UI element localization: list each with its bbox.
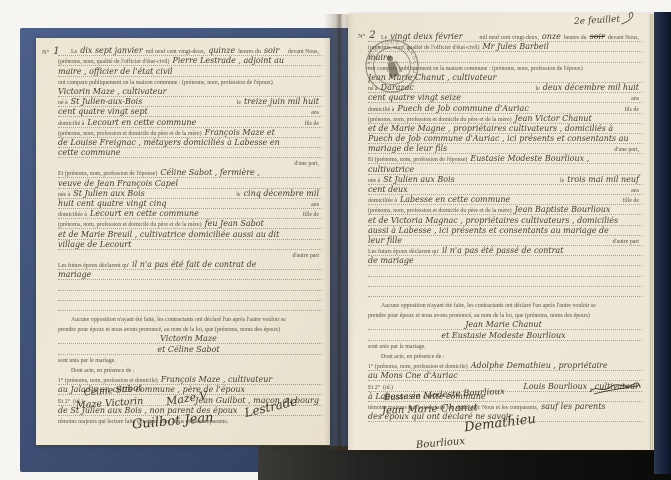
- printed-text: témoins majeurs qui lecture faite ont si…: [58, 419, 228, 425]
- printed-text: devant Nous,: [288, 49, 319, 55]
- handwritten-text: il n'a pas été passé de contrat: [442, 246, 563, 255]
- form-line: née àSt Julien aux Boislecinq décembre m…: [58, 189, 322, 199]
- form-line: ont comparu publiquement en la maison co…: [58, 77, 322, 87]
- form-line: Les futurs époux déclarent qu'il n'a pas…: [368, 246, 642, 256]
- printed-text: ont comparu publiquement en la maison co…: [58, 80, 273, 86]
- form-line: des époux qui ont déclaré ne savoir: [368, 412, 642, 422]
- printed-text: domicilié à: [58, 121, 84, 127]
- form-line: sont unis par le mariage.: [368, 341, 642, 351]
- form-line: [368, 277, 642, 287]
- form-line: [58, 280, 322, 290]
- form-line: et Eustasie Modeste Bourlioux: [368, 330, 642, 340]
- printed-text: le: [535, 86, 539, 92]
- printed-text: ans: [311, 110, 319, 116]
- form-line: de mariage: [368, 256, 642, 266]
- form-line: née àSt Julien aux Boisletrois mai mil n…: [368, 175, 642, 185]
- printed-text: né à: [58, 100, 68, 106]
- form-line: Dont acte, en présence de :: [368, 351, 642, 361]
- handwritten-text: Puech de Job commune d'Auriac , ici prés…: [368, 134, 629, 143]
- folio-note: 2e feuillet: [574, 11, 637, 28]
- printed-text: prendre pour époux et nous avons prononc…: [58, 327, 280, 333]
- handwritten-text: Eustasie Modeste Bourlioux ,: [470, 154, 589, 163]
- handwritten-text: Darazac: [381, 83, 414, 92]
- printed-text: fils de: [624, 107, 639, 113]
- handwritten-text: de St Julien aux Bois , non parent des é…: [58, 406, 237, 415]
- handwritten-text: au Jaladis en cette commune , père de l'…: [58, 385, 245, 394]
- form-line: maire , officier de l'état civil: [58, 66, 322, 76]
- handwritten-text: cent quatre vingt sept: [58, 107, 148, 116]
- form-line: Et 2°(id.)Jean Guilbot , maçon au bourg: [58, 395, 322, 405]
- form-line: et de Marie Magne , propriétaires cultiv…: [368, 124, 642, 134]
- form-line: 1° (prénoms, nom, profession et domicile…: [368, 361, 642, 371]
- handwritten-text: Jean Guilbot , maçon au bourg: [195, 396, 319, 405]
- handwritten-text: de Louise Freignac , métayers domiciliés…: [58, 138, 280, 147]
- printed-text: heures du: [238, 49, 261, 55]
- printed-text: (prénoms, nom, qualité de l'officier d'é…: [58, 59, 169, 65]
- form-line: témoins majeurs qui lecture faite ont si…: [58, 416, 322, 426]
- printed-text: (prénoms, nom, profession et domicile du…: [368, 117, 512, 123]
- handwritten-text: onze: [542, 32, 561, 41]
- form-line: Victorin Maze: [58, 334, 322, 344]
- form-line: Aucune opposition n'ayant été faite, les…: [58, 314, 322, 324]
- printed-text: d'une part,: [294, 161, 319, 167]
- handwritten-text: quinze: [208, 46, 235, 55]
- form-line: maire: [368, 52, 642, 62]
- printed-text: Le: [71, 49, 77, 55]
- handwritten-text: St Julien-aux-Bois: [71, 97, 143, 106]
- form-line: [58, 301, 322, 311]
- form-line: Et (prénoms, nom, profession de l'épouse…: [368, 154, 642, 164]
- printed-text: (prénoms, nom, profession et domicile du…: [58, 222, 202, 228]
- printed-text: Et (prénoms, nom, profession de l'épouse…: [368, 157, 467, 163]
- form-line: huit cent quatre vingt cinqans: [58, 199, 322, 209]
- handwritten-text: François Maze et: [205, 128, 275, 137]
- handwritten-text: François Maze , cultivateur: [161, 375, 273, 384]
- handwritten-text: au Mons Cne d'Auriac: [368, 371, 458, 380]
- printed-text: mil neuf cent vingt-deux,: [146, 49, 206, 55]
- act-number-label: N°: [358, 33, 365, 40]
- handwritten-text: leur fille: [368, 236, 402, 245]
- printed-text: fille de: [622, 198, 639, 204]
- handwritten-text: Victorin Maze , cultivateur: [58, 87, 167, 96]
- form-line: aussi à Labesse , ici présents et consen…: [368, 226, 642, 236]
- form-line: (prénoms, nom, profession et domicile du…: [368, 205, 642, 215]
- form-line: cent deuxans: [368, 185, 642, 195]
- handwritten-text: vingt deux février: [390, 32, 462, 41]
- handwritten-text: Jean Marie Chanut , cultivateur: [368, 73, 496, 82]
- printed-text: né à: [368, 86, 378, 92]
- printed-text: sont unis par le mariage.: [58, 358, 116, 364]
- printed-text: Le: [381, 35, 387, 41]
- form-line: Dont acte, en présence de :: [58, 365, 322, 375]
- printed-text: témoins majeurs qui lecture faite ont si…: [368, 405, 538, 411]
- handwritten-text: village de Lecourt: [58, 240, 131, 249]
- form-line: (prénoms, nom, profession et domicile du…: [58, 219, 322, 229]
- handwritten-text: et de Victoria Magnac , propriétaires cu…: [368, 216, 618, 225]
- form-line: ont comparu publiquement en la maison co…: [368, 63, 642, 73]
- form-line: (prénoms, nom, qualité de l'officier d'é…: [58, 56, 322, 66]
- handwritten-text: cent quatre vingt seize: [368, 93, 461, 102]
- printed-text: (prénoms, nom, qualité de l'officier d'é…: [368, 45, 479, 51]
- handwritten-text: Pierre Lestrade , adjoint au: [172, 56, 284, 65]
- form-line: veuve de Jean François Capel: [58, 178, 322, 188]
- printed-text: le: [236, 192, 240, 198]
- printed-text: Dont acte, en présence de :: [381, 354, 444, 360]
- form-line: né àDarazacledeux décembre mil huit: [368, 83, 642, 93]
- handwritten-text: des époux qui ont déclaré ne savoir: [368, 412, 512, 421]
- scan-bottom-dark-strip: [258, 446, 671, 480]
- form-line: [58, 291, 322, 301]
- printed-text: 1° (prénoms, nom, profession et domicile…: [58, 378, 158, 384]
- form-line: Jean Marie Chanut , cultivateur: [368, 73, 642, 83]
- form-line: Victorin Maze , cultivateur: [58, 87, 322, 97]
- printed-text: Et 2°: [58, 399, 70, 405]
- printed-text: domicilié à: [368, 107, 394, 113]
- form-line: (prénoms, nom, profession et domicile du…: [58, 128, 322, 138]
- handwritten-text: feu Jean Sabot: [205, 219, 264, 228]
- form-line: sont unis par le mariage.: [58, 355, 322, 365]
- acte-form-left: Ledix sept janviermil neuf cent vingt-de…: [58, 46, 322, 426]
- printed-text: Les futurs époux déclarent qu': [368, 249, 439, 255]
- form-line: prendre pour époux et nous avons prononc…: [368, 310, 642, 320]
- form-line: Puech de Job commune d'Auriac , ici prés…: [368, 134, 642, 144]
- signature: Bourlioux: [416, 436, 466, 451]
- printed-text: (prénoms, nom, profession et domicile du…: [58, 131, 202, 137]
- form-line: (prénoms, nom, profession et domicile du…: [368, 114, 642, 124]
- form-line: mariage de leur filsd'une part,: [368, 144, 642, 154]
- paraph-signature: [588, 376, 642, 403]
- printed-text: 1° (prénoms, nom, profession et domicile…: [368, 364, 468, 370]
- printed-text: (id.): [73, 399, 83, 405]
- handwritten-text: Jean Victor Chanut: [515, 114, 592, 123]
- handwritten-text: Lecourt en cette commune: [90, 209, 199, 218]
- handwritten-text: Jean Marie Chanut: [465, 320, 542, 329]
- printed-text: née à: [58, 192, 70, 198]
- form-line: domiciliée àLecourt en cette communefill…: [58, 209, 322, 219]
- printed-text: Aucune opposition n'ayant été faite, les…: [71, 317, 286, 323]
- printed-text: sont unis par le mariage.: [368, 344, 426, 350]
- handwritten-text: Céline Sabot , fermière ,: [160, 168, 259, 177]
- handwritten-text: aussi à Labesse , ici présents et consen…: [368, 226, 609, 235]
- printed-text: d'une part,: [614, 147, 639, 153]
- form-line: cultivatrice: [368, 164, 642, 174]
- form-line: Ledix sept janviermil neuf cent vingt-de…: [58, 46, 322, 56]
- handwritten-text: et Eustasie Modeste Bourlioux: [441, 331, 565, 340]
- printed-text: domiciliée à: [58, 212, 87, 218]
- handwritten-text: Lecourt en cette commune: [87, 118, 196, 127]
- printed-text: d'autre part: [293, 253, 319, 259]
- form-line: né àSt Julien-aux-Boisletreize juin mil …: [58, 97, 322, 107]
- printed-text: ans: [631, 96, 639, 102]
- register-scan: N° 1 Ledix sept janviermil neuf cent vin…: [0, 0, 671, 480]
- handwritten-text: soir: [590, 32, 605, 41]
- printed-text: d'autre part: [613, 239, 639, 245]
- form-line: au Jaladis en cette commune , père de l'…: [58, 385, 322, 395]
- handwritten-text: Victorin Maze: [160, 334, 217, 343]
- form-line: domicilié àLecourt en cette communefils …: [58, 117, 322, 127]
- handwritten-text: et Céline Sabot: [157, 345, 219, 354]
- handwritten-text: mariage: [58, 270, 91, 279]
- handwritten-text: de mariage: [368, 256, 414, 265]
- page-right-acte-2: 2e feuillet N° 2 RÉPUBLIQUE FRANÇAISE Le…: [348, 14, 654, 450]
- form-line: village de Lecourt: [58, 240, 322, 250]
- handwritten-text: huit cent quatre vingt cinq: [58, 199, 167, 208]
- form-line: Aucune opposition n'ayant été faite, les…: [368, 300, 642, 310]
- form-line: domicilié àPuech de Job commune d'Auriac…: [368, 103, 642, 113]
- printed-text: Et (prénoms, nom, profession de l'épouse…: [58, 171, 157, 177]
- handwritten-text: il n'a pas été fait de contrat de: [132, 260, 256, 269]
- printed-text: (id.): [383, 385, 393, 391]
- handwritten-text: maire: [368, 53, 391, 62]
- handwritten-text: treize juin mil huit: [244, 97, 319, 106]
- handwritten-text: deux décembre mil huit: [543, 83, 639, 92]
- handwritten-text: trois mai mil neuf: [567, 175, 639, 184]
- handwritten-text: cent deux: [368, 185, 408, 194]
- handwritten-text: à Labesse en cette commune: [368, 392, 486, 401]
- handwritten-text: cultivatrice: [368, 165, 414, 174]
- printed-text: (prénoms, nom, profession et domicile du…: [368, 208, 512, 214]
- printed-text: Les futurs époux déclarent qu': [58, 263, 129, 269]
- handwritten-text: Mr Jules Barbeil: [482, 42, 548, 51]
- form-line: [368, 287, 642, 297]
- handwritten-text: dix sept janvier: [80, 46, 143, 55]
- handwritten-text: Adolphe Demathieu , propriétaire: [471, 361, 608, 370]
- form-line: d'autre part: [58, 250, 322, 260]
- printed-text: Dont acte, en présence de :: [71, 368, 134, 374]
- form-line: mariage: [58, 270, 322, 280]
- gutter-shadow: [324, 14, 354, 450]
- page-left-acte-1: N° 1 Ledix sept janviermil neuf cent vin…: [36, 38, 330, 445]
- handwritten-text: cinq décembre mil: [244, 189, 319, 198]
- printed-text: devant Nous,: [608, 35, 639, 41]
- printed-text: ans: [311, 202, 319, 208]
- handwritten-text: mariage de leur fils: [368, 144, 447, 153]
- page-edge-stack: [649, 14, 654, 450]
- printed-text: le: [560, 178, 564, 184]
- printed-text: ont comparu publiquement en la maison co…: [368, 66, 583, 72]
- form-line: Levingt deux févriermil neuf cent vingt-…: [368, 32, 642, 42]
- printed-text: ans: [631, 188, 639, 194]
- form-line: cette commune: [58, 148, 322, 158]
- form-line: Jean Marie Chanut: [368, 320, 642, 330]
- handwritten-text: maire , officier de l'état civil: [58, 67, 173, 76]
- printed-text: Aucune opposition n'ayant été faite, les…: [381, 303, 596, 309]
- handwritten-text: St Julien aux Bois: [383, 175, 454, 184]
- form-line: Les futurs époux déclarent qu'il n'a pas…: [58, 260, 322, 270]
- form-line: témoins majeurs qui lecture faite ont si…: [368, 402, 642, 412]
- form-line: leur filled'autre part: [368, 236, 642, 246]
- form-line: et de Victoria Magnac , propriétaires cu…: [368, 215, 642, 225]
- form-line: Et (prénoms, nom, profession de l'épouse…: [58, 168, 322, 178]
- printed-text: fille de: [302, 212, 319, 218]
- handwritten-text: soir: [264, 46, 279, 55]
- printed-text: le: [237, 100, 241, 106]
- printed-text: née à: [368, 178, 380, 184]
- form-line: et Céline Sabot: [58, 344, 322, 354]
- form-line: (prénoms, nom, qualité de l'officier d'é…: [368, 42, 642, 52]
- form-line: de St Julien aux Bois , non parent des é…: [58, 406, 322, 416]
- printed-text: mil neuf cent vingt-deux,: [479, 35, 539, 41]
- form-line: prendre pour époux et nous avons prononc…: [58, 324, 322, 334]
- form-line: de Louise Freignac , métayers domiciliés…: [58, 138, 322, 148]
- handwritten-text: cette commune: [58, 148, 120, 157]
- acte-form-right: Levingt deux févriermil neuf cent vingt-…: [368, 32, 642, 422]
- handwritten-text: Jean Baptiste Bourlioux: [515, 205, 611, 214]
- form-line: 1° (prénoms, nom, profession et domicile…: [58, 375, 322, 385]
- form-line: d'une part,: [58, 158, 322, 168]
- printed-text: fils de: [304, 121, 319, 127]
- handwritten-text: et de Marie Magne , propriétaires cultiv…: [368, 124, 613, 133]
- form-line: cent quatre vingt septans: [58, 107, 322, 117]
- form-line: et de Marie Breuil , cultivatrice domici…: [58, 229, 322, 239]
- printed-text: heures du: [564, 35, 587, 41]
- handwritten-text: veuve de Jean François Capel: [58, 179, 178, 188]
- form-line: domiciliée àLabesse en cette communefill…: [368, 195, 642, 205]
- printed-text: prendre pour époux et nous avons prononc…: [368, 313, 590, 319]
- folio-note-text: 2e feuillet: [574, 15, 620, 27]
- form-line: [368, 266, 642, 276]
- handwritten-text: St Julien aux Bois: [73, 189, 144, 198]
- handwritten-text: Puech de Job commune d'Auriac: [397, 104, 528, 113]
- handwritten-text: sauf les parents: [541, 402, 605, 411]
- book-right-edge: [654, 12, 671, 474]
- handwritten-text: et de Marie Breuil , cultivatrice domici…: [58, 230, 279, 239]
- form-line: cent quatre vingt seizeans: [368, 93, 642, 103]
- act-number-label: N°: [42, 49, 49, 56]
- pen-flourish-icon: [620, 11, 637, 26]
- printed-text: Et 2°: [368, 385, 380, 391]
- handwritten-text: Labesse en cette commune: [400, 195, 510, 204]
- printed-text: domiciliée à: [368, 198, 397, 204]
